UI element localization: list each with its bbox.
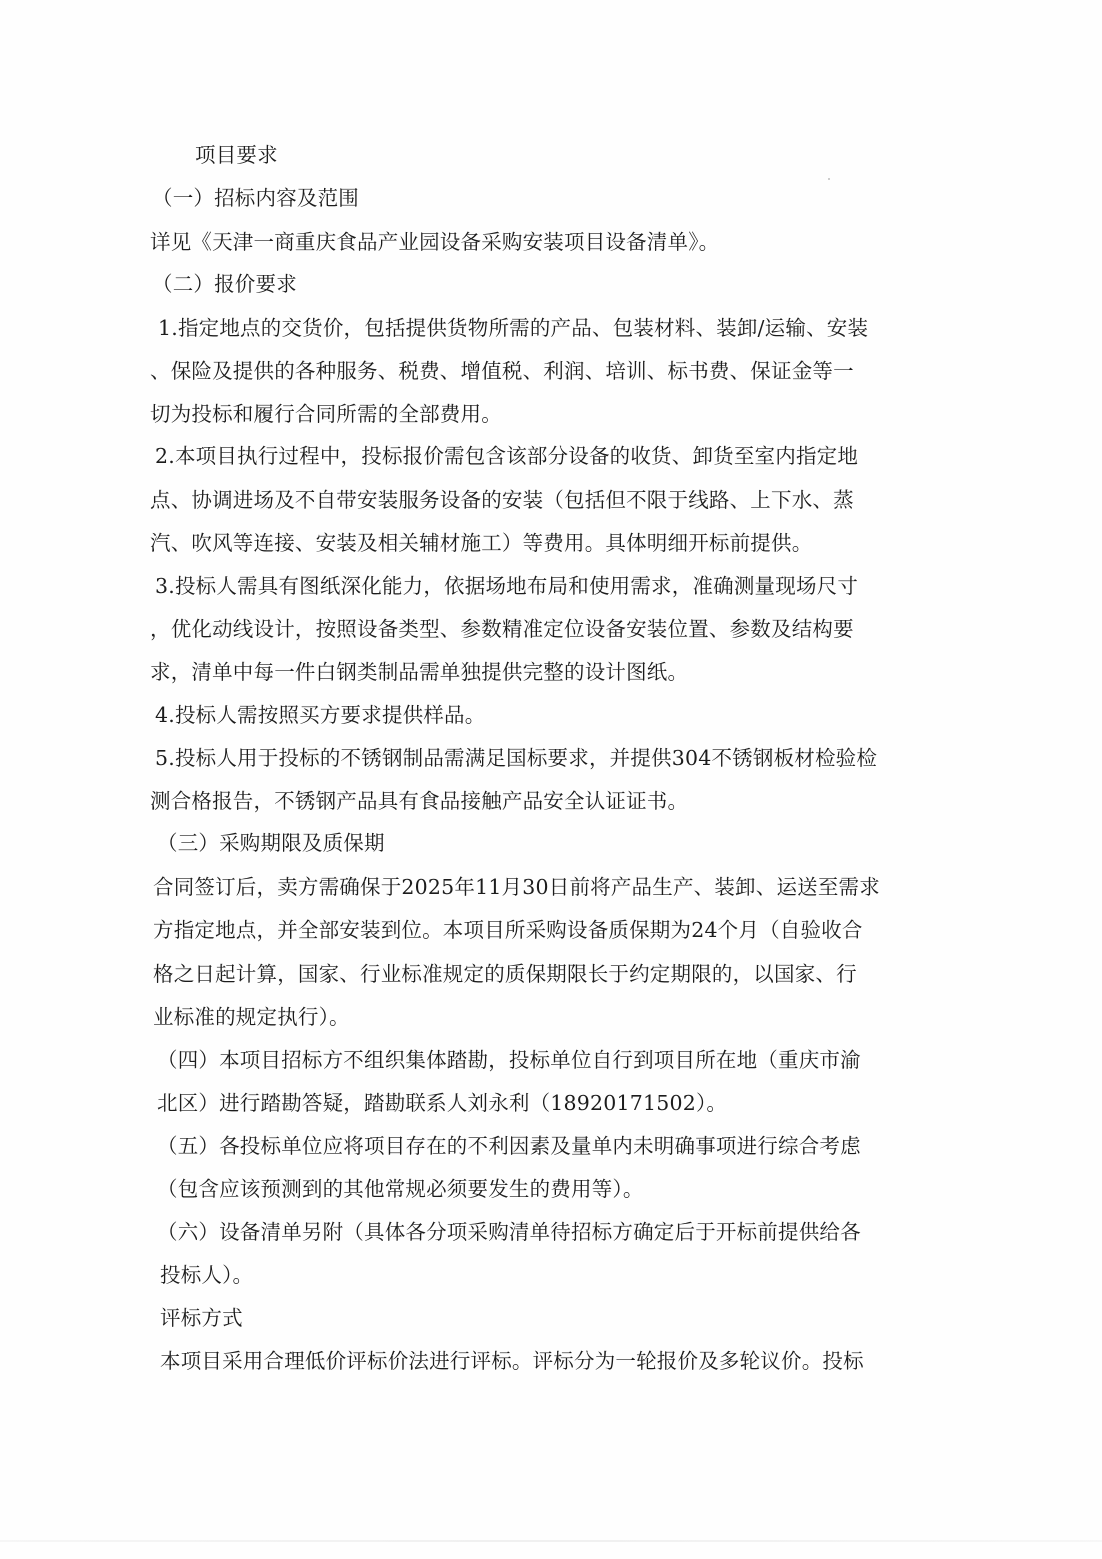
section-3-title: （三）采购期限及质保期 [157, 830, 385, 856]
section-2-item-3-line-1: 3.投标人需具有图纸深化能力，依据场地布局和使用需求，准确测量现场尺寸 [155, 573, 858, 599]
section-3-body-line-3: 格之日起计算，国家、行业标准规定的质保期限长于约定期限的，以国家、行 [153, 961, 857, 987]
section-2-item-2-line-1: 2.本项目执行过程中，投标报价需包含该部分设备的收货、卸货至室内指定地 [155, 443, 858, 469]
heading-project-requirements: 项目要求 [195, 142, 278, 168]
section-3-body-line-4: 业标准的规定执行）。 [153, 1004, 350, 1030]
section-4-line-2: 北区）进行踏勘答疑，踏勘联系人刘永利（18920171502）。 [157, 1090, 727, 1116]
section-5-line-2: （包含应该预测到的其他常规必须要发生的费用等）。 [157, 1176, 644, 1202]
section-2-item-1-line-3: 切为投标和履行合同所需的全部费用。 [150, 401, 502, 427]
evaluation-body: 本项目采用合理低价评标价法进行评标。评标分为一轮报价及多轮议价。投标 [160, 1348, 864, 1374]
section-2-item-3-line-3: 求，清单中每一件白钢类制品需单独提供完整的设计图纸。 [150, 659, 688, 685]
section-2-item-2-line-2: 点、协调进场及不自带安装服务设备的安装（包括但不限于线路、上下水、蒸 [150, 487, 854, 513]
scan-bottom-edge [0, 1540, 1102, 1542]
section-1-body: 详见《天津一商重庆食品产业园设备采购安装项目设备清单》。 [150, 229, 719, 255]
section-6-line-1: （六）设备清单另附（具体各分项采购清单待招标方确定后于开标前提供给各 [157, 1219, 861, 1245]
section-2-item-5-line-2: 测合格报告，不锈钢产品具有食品接触产品安全认证证书。 [150, 788, 688, 814]
evaluation-title: 评标方式 [160, 1305, 243, 1331]
document-page: 项目要求 （一）招标内容及范围 详见《天津一商重庆食品产业园设备采购安装项目设备… [0, 0, 1102, 1559]
section-3-body-line-2: 方指定地点，并全部安装到位。本项目所采购设备质保期为24个月（自验收合 [153, 917, 863, 943]
section-2-item-2-line-3: 汽、吹风等连接、安装及相关辅材施工）等费用。具体明细开标前提供。 [150, 530, 812, 556]
section-2-item-5-line-1: 5.投标人用于投标的不锈钢制品需满足国标要求，并提供304不锈钢板材检验检 [155, 745, 877, 771]
section-3-body-line-1: 合同签订后，卖方需确保于2025年11月30日前将产品生产、装卸、运送至需求 [153, 874, 880, 900]
section-2-title: （二）报价要求 [152, 271, 297, 297]
section-1-title: （一）招标内容及范围 [152, 185, 359, 211]
section-2-item-1-line-2: 、保险及提供的各种服务、税费、增值税、利润、培训、标书费、保证金等一 [150, 358, 854, 384]
section-2-item-1-line-1: 1.指定地点的交货价，包括提供货物所需的产品、包装材料、装卸/运输、安装 [158, 315, 868, 341]
section-5-line-1: （五）各投标单位应将项目存在的不利因素及量单内未明确事项进行综合考虑 [157, 1133, 861, 1159]
section-2-item-3-line-2: ，优化动线设计，按照设备类型、参数精准定位设备安装位置、参数及结构要 [150, 616, 854, 642]
scan-speck [828, 178, 830, 180]
section-4-line-1: （四）本项目招标方不组织集体踏勘，投标单位自行到项目所在地（重庆市渝 [157, 1047, 861, 1073]
section-2-item-4: 4.投标人需按照买方要求提供样品。 [155, 702, 485, 728]
section-6-line-2: 投标人）。 [160, 1262, 253, 1288]
